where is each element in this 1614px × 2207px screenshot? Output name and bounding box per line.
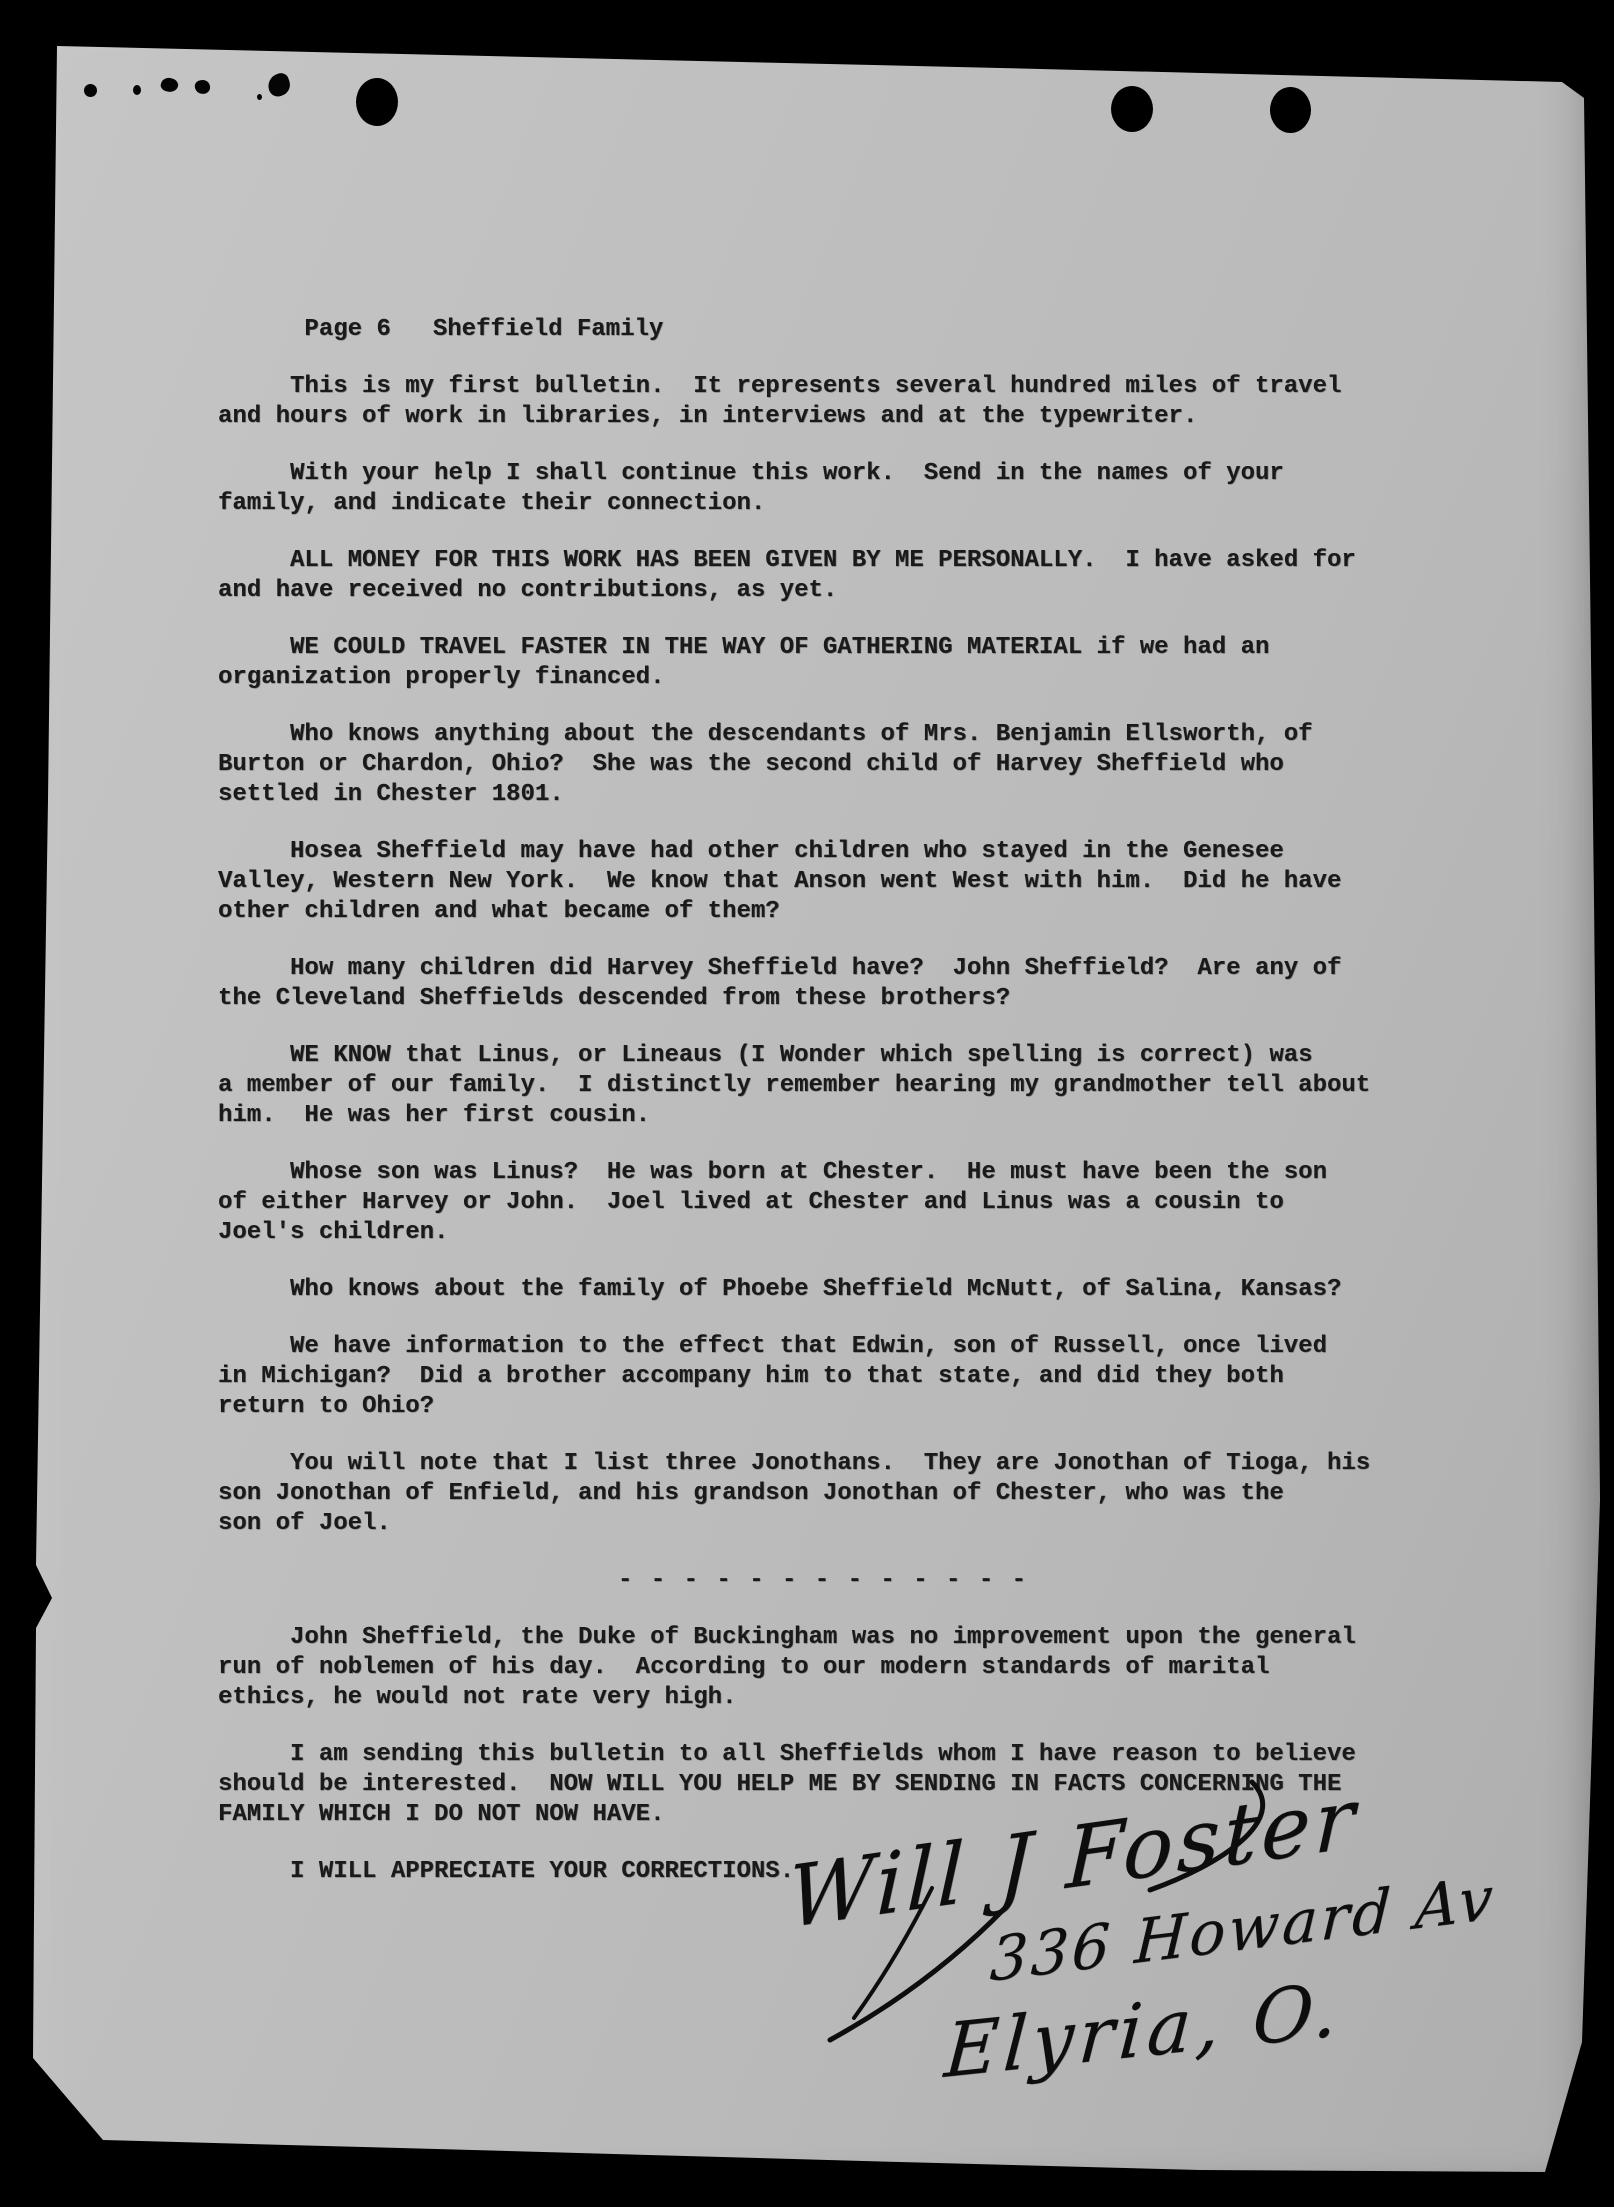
paragraph: You will note that I list three Jonothan… — [218, 1449, 1428, 1539]
paragraph: Who knows about the family of Phoebe She… — [218, 1275, 1428, 1305]
text-line: I am sending this bulletin to all Sheffi… — [218, 1740, 1428, 1770]
page-number-label: Page 6 — [304, 316, 390, 343]
ink-speck — [133, 85, 141, 95]
text-line: family, and indicate their connection. — [218, 489, 1428, 519]
punch-hole — [356, 78, 398, 126]
text-line: John Sheffield, the Duke of Buckingham w… — [218, 1623, 1428, 1653]
paragraph: ALL MONEY FOR THIS WORK HAS BEEN GIVEN B… — [218, 546, 1428, 606]
page-title: Sheffield Family — [433, 316, 663, 343]
document-text: Page 6Sheffield Family This is my first … — [218, 285, 1428, 1914]
text-line: Burton or Chardon, Ohio? She was the sec… — [218, 750, 1428, 780]
text-line: run of noblemen of his day. According to… — [218, 1653, 1428, 1683]
text-line: son Jonothan of Enfield, and his grandso… — [218, 1479, 1428, 1509]
text-line: organization properly financed. — [218, 663, 1428, 693]
text-line: the Cleveland Sheffields descended from … — [218, 984, 1428, 1014]
text-line: You will note that I list three Jonothan… — [218, 1449, 1428, 1479]
text-line: son of Joel. — [218, 1509, 1428, 1539]
text-line: him. He was her first cousin. — [218, 1101, 1428, 1131]
text-line: Who knows about the family of Phoebe She… — [218, 1275, 1428, 1305]
text-line: settled in Chester 1801. — [218, 780, 1428, 810]
text-line: return to Ohio? — [218, 1392, 1428, 1422]
text-line: With your help I shall continue this wor… — [218, 459, 1428, 489]
text-line: WE COULD TRAVEL FASTER IN THE WAY OF GAT… — [218, 633, 1428, 663]
text-line: a member of our family. I distinctly rem… — [218, 1071, 1428, 1101]
paragraph: Hosea Sheffield may have had other child… — [218, 837, 1428, 927]
text-line: in Michigan? Did a brother accompany him… — [218, 1362, 1428, 1392]
paragraph: With your help I shall continue this wor… — [218, 459, 1428, 519]
text-line: Whose son was Linus? He was born at Ches… — [218, 1158, 1428, 1188]
paragraph: Who knows anything about the descendants… — [218, 720, 1428, 810]
paragraph: Whose son was Linus? He was born at Ches… — [218, 1158, 1428, 1248]
text-line: other children and what became of them? — [218, 897, 1428, 927]
paragraph: WE KNOW that Linus, or Lineaus (I Wonder… — [218, 1041, 1428, 1131]
text-line: and have received no contributions, as y… — [218, 576, 1428, 606]
text-line: Hosea Sheffield may have had other child… — [218, 837, 1428, 867]
document-body: This is my first bulletin. It represents… — [218, 372, 1428, 1887]
ink-speck — [257, 94, 262, 100]
section-divider: - - - - - - - - - - - - - — [218, 1566, 1428, 1596]
paragraph: This is my first bulletin. It represents… — [218, 372, 1428, 432]
text-line: ALL MONEY FOR THIS WORK HAS BEEN GIVEN B… — [218, 546, 1428, 576]
page-header: Page 6Sheffield Family — [218, 285, 1428, 315]
text-line: This is my first bulletin. It represents… — [218, 372, 1428, 402]
text-line: WE KNOW that Linus, or Lineaus (I Wonder… — [218, 1041, 1428, 1071]
text-line: and hours of work in libraries, in inter… — [218, 402, 1428, 432]
paragraph: John Sheffield, the Duke of Buckingham w… — [218, 1623, 1428, 1713]
text-line: Joel's children. — [218, 1218, 1428, 1248]
scanned-document-page: Page 6Sheffield Family This is my first … — [0, 0, 1614, 2207]
paragraph: How many children did Harvey Sheffield h… — [218, 954, 1428, 1014]
paragraph: WE COULD TRAVEL FASTER IN THE WAY OF GAT… — [218, 633, 1428, 693]
paragraph: We have information to the effect that E… — [218, 1332, 1428, 1422]
punch-hole — [1270, 87, 1311, 133]
text-line: Who knows anything about the descendants… — [218, 720, 1428, 750]
text-line: Valley, Western New York. We know that A… — [218, 867, 1428, 897]
text-line: How many children did Harvey Sheffield h… — [218, 954, 1428, 984]
text-line: ethics, he would not rate very high. — [218, 1683, 1428, 1713]
text-line: We have information to the effect that E… — [218, 1332, 1428, 1362]
punch-hole — [1111, 86, 1153, 132]
text-line: of either Harvey or John. Joel lived at … — [218, 1188, 1428, 1218]
ink-speck — [84, 84, 97, 97]
